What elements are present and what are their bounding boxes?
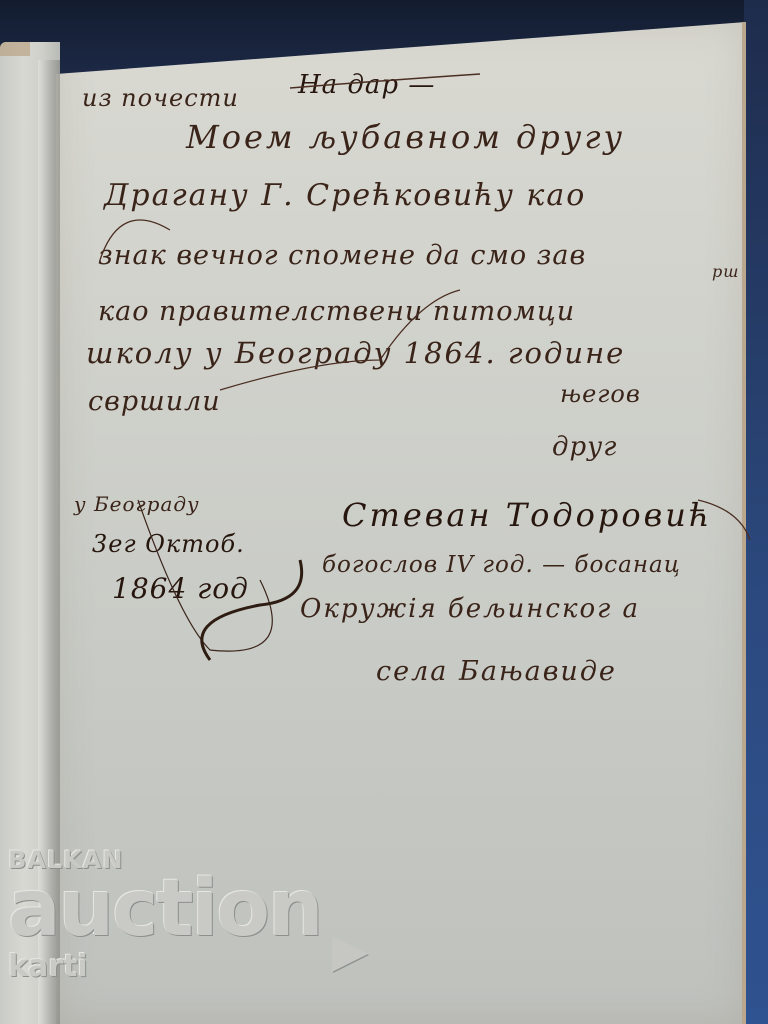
inscription-line7: свршили [88, 386, 221, 417]
watermark: BALKAN auction karti [8, 848, 322, 982]
inscription-line2: Моем љубавном другу [186, 118, 625, 156]
date-line2: 3ег Октоб. [92, 530, 245, 558]
inscription-line1-gift: На дар — [298, 70, 435, 100]
signature-title: богослов IV год. — босанац [322, 552, 681, 578]
watermark-sub: karti [8, 952, 322, 982]
signature-district: Окружія бељинског а [300, 594, 640, 624]
inscription-line4: знак вечног спомене да смо зав [98, 240, 586, 271]
signature-village: села Бањавиде [376, 656, 617, 687]
page-edge [742, 22, 746, 1024]
inscription-line5: као правителствени питомци [98, 296, 575, 327]
signature-name: Стеван Тодоровић [342, 496, 712, 534]
inscription-line3: Драгану Г. Срећковићу као [104, 178, 586, 213]
watermark-play-icon [332, 936, 368, 972]
inscription-line1-prefix: из почести [82, 84, 239, 112]
closing-line2: друг [552, 432, 617, 462]
place-line1: у Београду [74, 492, 200, 516]
background-right [744, 0, 768, 1024]
date-line3: 1864 год [112, 572, 249, 605]
closing-line1: његов [560, 380, 641, 408]
inscription-line4-margin: рш [712, 262, 739, 281]
inscription-line6: школу у Београду 1864. године [86, 336, 625, 370]
watermark-main: auction [8, 870, 322, 948]
